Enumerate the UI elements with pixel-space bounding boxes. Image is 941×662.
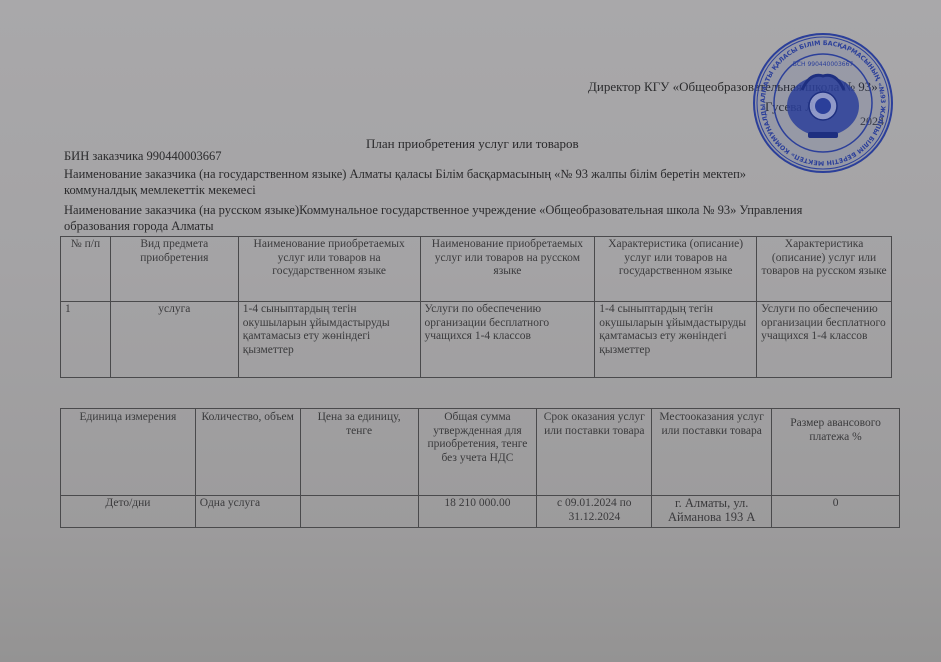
customer-bin: БИН заказчика 990440003667 <box>64 148 222 165</box>
header-subject-type: Вид предмета приобретения <box>110 237 238 302</box>
customer-name-kz-line2: коммуналдық мемлекеттік мекемесі <box>64 182 256 199</box>
cell-number: 1 <box>61 302 111 378</box>
customer-name-ru-line2: образования города Алматы <box>64 218 213 235</box>
table-header-row: № п/п Вид предмета приобретения Наименов… <box>61 237 892 302</box>
customer-name-ru-line1: Наименование заказчика (на русском языке… <box>64 202 802 219</box>
header-name-ru: Наименование приобретаемых услуг или тов… <box>420 237 595 302</box>
procurement-terms-table: Единица измерения Количество, объем Цена… <box>60 408 900 528</box>
cell-name-kz: 1-4 сыныптардың тегін окушыларын ұйымдас… <box>238 302 420 378</box>
cell-delivery-period: с 09.01.2024 по 31.12.2024 <box>537 496 652 528</box>
cell-description-ru: Услуги по обеспечению организации беспла… <box>757 302 892 378</box>
customer-name-kz-line1: Наименование заказчика (на государственн… <box>64 166 746 183</box>
header-delivery-place: Местооказания услуг или поставки товара <box>652 409 772 496</box>
cell-advance-payment: 0 <box>772 496 900 528</box>
cell-subject-type: услуга <box>110 302 238 378</box>
header-total-amount: Общая сумма утвержденная для приобретени… <box>418 409 537 496</box>
table-row: Дето/дни Одна услуга 18 210 000.00 с 09.… <box>61 496 900 528</box>
cell-name-ru: Услуги по обеспечению организации беспла… <box>420 302 595 378</box>
cell-delivery-place: г. Алматы, ул. Айманова 193 А <box>652 496 772 528</box>
cell-description-kz: 1-4 сыныптардың тегін окушыларын ұйымдас… <box>595 302 757 378</box>
table-row: 1 услуга 1-4 сыныптардың тегін окушылары… <box>61 302 892 378</box>
svg-text:БСН 990440003667: БСН 990440003667 <box>793 61 854 68</box>
document-title: План приобретения услуг или товаров <box>366 135 579 152</box>
header-description-kz: Характеристика (описание) услуг или това… <box>595 237 757 302</box>
cell-total-amount: 18 210 000.00 <box>418 496 537 528</box>
header-delivery-period: Срок оказания услуг или поставки товара <box>537 409 652 496</box>
header-number: № п/п <box>61 237 111 302</box>
table-header-row: Единица измерения Количество, объем Цена… <box>61 409 900 496</box>
official-stamp-icon: АЛМАТЫ ҚАЛАСЫ БІЛІМ БАСҚАРМАСЫНЫҢ «№93 Ж… <box>752 32 894 174</box>
cell-unit: Дето/дни <box>61 496 196 528</box>
header-quantity: Количество, объем <box>195 409 300 496</box>
header-advance-payment: Размер авансового платежа % <box>772 409 900 496</box>
header-name-kz: Наименование приобретаемых услуг или тов… <box>238 237 420 302</box>
header-unit: Единица измерения <box>61 409 196 496</box>
header-unit-price: Цена за единицу, тенге <box>300 409 418 496</box>
cell-quantity: Одна услуга <box>195 496 300 528</box>
header-description-ru: Характеристика (описание) услуг или това… <box>757 237 892 302</box>
procurement-items-table: № п/п Вид предмета приобретения Наименов… <box>60 236 892 378</box>
cell-unit-price <box>300 496 418 528</box>
